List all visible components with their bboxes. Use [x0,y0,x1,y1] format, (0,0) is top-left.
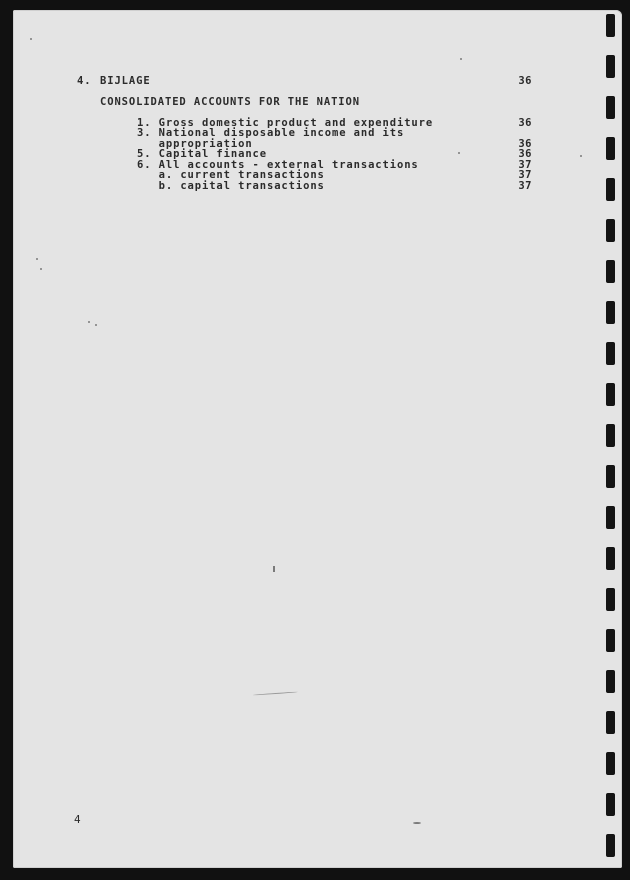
binding-hole [606,219,615,242]
section-number: 4. [77,76,91,87]
binding-hole [606,424,615,447]
toc-entry-label: b. capital transactions [137,181,325,192]
binding-hole [606,465,615,488]
binding-hole [606,834,615,857]
binding-hole [606,670,615,693]
binding-holes [606,0,616,880]
binding-hole [606,96,615,119]
binding-hole [606,301,615,324]
subheading: CONSOLIDATED ACCOUNTS FOR THE NATION [100,97,360,108]
scan-speck [95,324,97,326]
scan-speck [30,38,32,40]
binding-hole [606,383,615,406]
scan-speck [40,268,42,270]
scan-speck [460,58,462,60]
toc-entry-page: 37 [502,181,532,192]
binding-hole [606,711,615,734]
binding-hole [606,55,615,78]
scan-speck [273,566,275,572]
binding-hole [606,506,615,529]
binding-hole [606,629,615,652]
toc-entry-page: 36 [502,118,532,129]
binding-hole [606,752,615,775]
scan-speck [458,152,460,154]
binding-hole [606,793,615,816]
section-page: 36 [502,76,532,87]
scan-speck [36,258,38,260]
binding-hole [606,342,615,365]
binding-hole [606,588,615,611]
binding-hole [606,260,615,283]
binding-hole [606,14,615,37]
scan-speck [413,822,421,824]
scan-speck [580,155,582,157]
binding-hole [606,137,615,160]
binding-hole [606,547,615,570]
scan-speck [88,321,90,323]
page-number: 4 [74,814,82,825]
binding-hole [606,178,615,201]
section-title: BIJLAGE [100,76,151,87]
